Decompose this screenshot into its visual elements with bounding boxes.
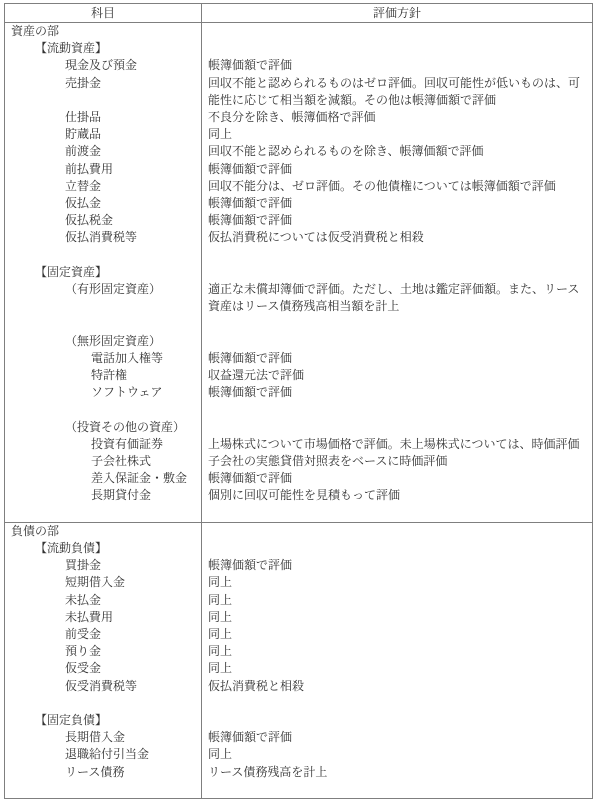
table-row xyxy=(5,247,592,264)
account-label: 未払費用 xyxy=(5,609,201,626)
policy-text xyxy=(201,712,592,729)
table-row: 【流動負債】 xyxy=(5,540,592,557)
table-row: 前受金 同上 xyxy=(5,626,592,643)
account-label: 預り金 xyxy=(5,643,201,660)
table-row: 仮受金 同上 xyxy=(5,660,592,677)
account-label: 電話加入権等 xyxy=(5,350,201,367)
table-header-row: 科目 評価方針 xyxy=(5,4,592,23)
account-label: （投資その他の資産） xyxy=(5,419,201,436)
policy-text: 回収不能と認められるものはゼロ評価。回収可能性が低いものは、可能性に応じて相当額… xyxy=(201,75,592,109)
account-label: 【流動資産】 xyxy=(5,40,201,57)
policy-text: 上場株式について市場価格で評価。未上場株式については、時価評価 xyxy=(201,436,592,453)
table-row: 退職給付引当金 同上 xyxy=(5,746,592,763)
account-label: 【固定資産】 xyxy=(5,264,201,281)
policy-text xyxy=(201,523,592,540)
policy-text: 同上 xyxy=(201,126,592,143)
account-label: 仮受金 xyxy=(5,660,201,677)
account-label: リース債務 xyxy=(5,764,201,781)
table-body: 資産の部 【流動資産】 現金及び預金 帳簿価額で評価 売掛金 回収不能と認められ… xyxy=(5,23,592,798)
policy-text: 帳簿価額で評価 xyxy=(201,557,592,574)
table-row: 立替金 回収不能分は、ゼロ評価。その他債権については帳簿価額で評価 xyxy=(5,178,592,195)
account-label: 特許権 xyxy=(5,367,201,384)
account-label xyxy=(5,781,201,798)
table-row: 仮払金 帳簿価額で評価 xyxy=(5,195,592,212)
policy-text: 仮払消費税と相殺 xyxy=(201,678,592,695)
policy-text xyxy=(201,333,592,350)
account-label xyxy=(5,695,201,712)
account-label: 仮払税金 xyxy=(5,212,201,229)
policy-text: 回収不能と認められるものを除き、帳簿価額で評価 xyxy=(201,143,592,160)
table-row: 売掛金 回収不能と認められるものはゼロ評価。回収可能性が低いものは、可能性に応じ… xyxy=(5,75,592,109)
account-label: 仕掛品 xyxy=(5,109,201,126)
table-row: 長期借入金 帳簿価額で評価 xyxy=(5,729,592,746)
policy-text: 同上 xyxy=(201,746,592,763)
table-row: 前払費用 帳簿価額で評価 xyxy=(5,161,592,178)
policy-text: 同上 xyxy=(201,626,592,643)
account-label: 立替金 xyxy=(5,178,201,195)
policy-text: 同上 xyxy=(201,643,592,660)
column-header-subject: 科目 xyxy=(5,4,201,22)
table-row: 仮払消費税等 仮払消費税については仮受消費税と相殺 xyxy=(5,229,592,246)
document-page: 科目 評価方針 資産の部 【流動資産】 現金及び預金 帳簿価額で評価 売掛金 回… xyxy=(0,0,600,810)
table-row: 預り金 同上 xyxy=(5,643,592,660)
policy-text: 帳簿価額で評価 xyxy=(201,470,592,487)
table-row: 仮払税金 帳簿価額で評価 xyxy=(5,212,592,229)
table-row: リース債務 リース債務残高を計上 xyxy=(5,764,592,781)
table-row: 投資有価証券 上場株式について市場価格で評価。未上場株式については、時価評価 xyxy=(5,436,592,453)
account-label xyxy=(5,401,201,418)
account-label: 長期借入金 xyxy=(5,729,201,746)
table-row: 前渡金 回収不能と認められるものを除き、帳簿価額で評価 xyxy=(5,143,592,160)
table-row xyxy=(5,315,592,332)
table-row: （有形固定資産） 適正な未償却簿価で評価。ただし、土地は鑑定評価額。また、リース… xyxy=(5,281,592,315)
account-label: 子会社株式 xyxy=(5,453,201,470)
account-label: （無形固定資産） xyxy=(5,333,201,350)
account-label: 【流動負債】 xyxy=(5,540,201,557)
account-label: 退職給付引当金 xyxy=(5,746,201,763)
account-label: 短期借入金 xyxy=(5,574,201,591)
table-row xyxy=(5,505,592,522)
table-row: 仕掛品 不良分を除き、帳簿価格で評価 xyxy=(5,109,592,126)
policy-text: 帳簿価額で評価 xyxy=(201,384,592,401)
account-label: 負債の部 xyxy=(5,523,201,540)
table-row: 【固定資産】 xyxy=(5,264,592,281)
policy-text xyxy=(201,695,592,712)
policy-text: 適正な未償却簿価で評価。ただし、土地は鑑定評価額。また、リース資産はリース債務残… xyxy=(201,281,592,315)
table-row: 子会社株式 子会社の実態貸借対照表をベースに時価評価 xyxy=(5,453,592,470)
account-label: 未払金 xyxy=(5,592,201,609)
table-row: 仮受消費税等 仮払消費税と相殺 xyxy=(5,678,592,695)
policy-text: 子会社の実態貸借対照表をベースに時価評価 xyxy=(201,453,592,470)
policy-text xyxy=(201,40,592,57)
table-row: 電話加入権等 帳簿価額で評価 xyxy=(5,350,592,367)
valuation-policy-table: 科目 評価方針 資産の部 【流動資産】 現金及び預金 帳簿価額で評価 売掛金 回… xyxy=(4,3,593,799)
policy-text xyxy=(201,540,592,557)
policy-text xyxy=(201,419,592,436)
account-label xyxy=(5,315,201,332)
table-row: 短期借入金 同上 xyxy=(5,574,592,591)
account-label: 前払費用 xyxy=(5,161,201,178)
policy-text: 同上 xyxy=(201,660,592,677)
account-label: 貯蔵品 xyxy=(5,126,201,143)
account-label: 投資有価証券 xyxy=(5,436,201,453)
policy-text: 個別に回収可能性を見積もって評価 xyxy=(201,487,592,504)
policy-text: 帳簿価額で評価 xyxy=(201,161,592,178)
account-label: 差入保証金・敷金 xyxy=(5,470,201,487)
table-row: 資産の部 xyxy=(5,23,592,40)
table-row: 買掛金 帳簿価額で評価 xyxy=(5,557,592,574)
policy-text xyxy=(201,23,592,40)
account-label: 買掛金 xyxy=(5,557,201,574)
account-label: 売掛金 xyxy=(5,75,201,109)
account-label: 【固定負債】 xyxy=(5,712,201,729)
policy-text xyxy=(201,505,592,522)
account-label xyxy=(5,247,201,264)
column-header-policy: 評価方針 xyxy=(201,4,592,22)
table-row: 特許権 収益還元法で評価 xyxy=(5,367,592,384)
policy-text: 帳簿価額で評価 xyxy=(201,350,592,367)
table-row: ソフトウェア 帳簿価額で評価 xyxy=(5,384,592,401)
account-label xyxy=(5,505,201,522)
table-row xyxy=(5,401,592,418)
policy-text: 帳簿価額で評価 xyxy=(201,212,592,229)
policy-text: リース債務残高を計上 xyxy=(201,764,592,781)
table-row: 貯蔵品 同上 xyxy=(5,126,592,143)
policy-text: 収益還元法で評価 xyxy=(201,367,592,384)
account-label: 仮受消費税等 xyxy=(5,678,201,695)
policy-text xyxy=(201,247,592,264)
account-label: 資産の部 xyxy=(5,23,201,40)
policy-text: 帳簿価額で評価 xyxy=(201,57,592,74)
account-label: 前受金 xyxy=(5,626,201,643)
account-label: ソフトウェア xyxy=(5,384,201,401)
policy-text xyxy=(201,315,592,332)
account-label: （有形固定資産） xyxy=(5,281,201,315)
policy-text xyxy=(201,264,592,281)
policy-text: 帳簿価額で評価 xyxy=(201,729,592,746)
policy-text: 帳簿価額で評価 xyxy=(201,195,592,212)
table-row xyxy=(5,781,592,798)
account-label: 仮払金 xyxy=(5,195,201,212)
table-row: （無形固定資産） xyxy=(5,333,592,350)
table-row: 長期貸付金 個別に回収可能性を見積もって評価 xyxy=(5,487,592,504)
account-label: 前渡金 xyxy=(5,143,201,160)
table-row: 【流動資産】 xyxy=(5,40,592,57)
table-row: 未払金 同上 xyxy=(5,592,592,609)
table-row: 負債の部 xyxy=(5,522,592,540)
policy-text: 回収不能分は、ゼロ評価。その他債権については帳簿価額で評価 xyxy=(201,178,592,195)
policy-text: 不良分を除き、帳簿価格で評価 xyxy=(201,109,592,126)
table-row: 【固定負債】 xyxy=(5,712,592,729)
policy-text: 同上 xyxy=(201,574,592,591)
table-row: （投資その他の資産） xyxy=(5,419,592,436)
account-label: 長期貸付金 xyxy=(5,487,201,504)
table-row xyxy=(5,695,592,712)
policy-text: 同上 xyxy=(201,592,592,609)
account-label: 仮払消費税等 xyxy=(5,229,201,246)
account-label: 現金及び預金 xyxy=(5,57,201,74)
table-row: 差入保証金・敷金 帳簿価額で評価 xyxy=(5,470,592,487)
table-row: 現金及び預金 帳簿価額で評価 xyxy=(5,57,592,74)
policy-text: 仮払消費税については仮受消費税と相殺 xyxy=(201,229,592,246)
policy-text: 同上 xyxy=(201,609,592,626)
policy-text xyxy=(201,401,592,418)
table-row: 未払費用 同上 xyxy=(5,609,592,626)
policy-text xyxy=(201,781,592,798)
